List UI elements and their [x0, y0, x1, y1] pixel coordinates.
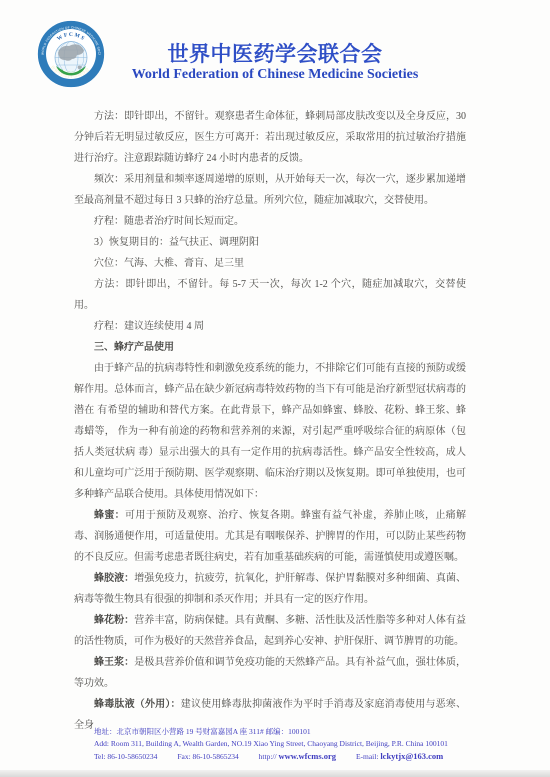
footer-address-zh: 地址：北京市朝阳区小营路 19 号财富嘉园A 座 311# 邮编：100101	[94, 726, 534, 738]
footer-url-prefix: http://	[259, 752, 277, 761]
document-page: WORLD FEDERATION OF CHINESE MEDICINE SOC…	[0, 0, 550, 777]
letterhead: WORLD FEDERATION OF CHINESE MEDICINE SOC…	[0, 0, 550, 104]
paragraph-text: 频次：采用剂量和频率逐周递增的原则，从开始每天一次，每次一穴，逐步累加递增至最高…	[74, 174, 466, 206]
paragraph-acupoints: 穴位：气海、大椎、膏肓、足三里	[74, 253, 466, 274]
footer-address-en: Add: Room 311, Building A, Wealth Garden…	[94, 738, 534, 750]
paragraph-text: 可用于预防及观察、治疗、恢复各期。蜂蜜有益气补虚，养肺止咳，止痛解毒、润肠通便作…	[74, 510, 466, 563]
paragraph-course-1: 疗程：随患者治疗时间长短而定。	[74, 211, 466, 232]
footer-email: lckytjx@163.com	[380, 751, 443, 761]
footer-url: www.wfcms.org	[278, 751, 336, 761]
paragraph-text: 疗程：建议连续使用 4 周	[94, 321, 204, 332]
paragraph-text: 穴位：气海、大椎、膏肓、足三里	[94, 258, 244, 269]
org-name-zh: 世界中医药学会联合会	[0, 38, 550, 68]
paragraph-text: 方法：即针即出，不留针。观察患者生命体征，蜂刺局部皮肤改变以及全身反应，30 分…	[74, 111, 466, 164]
org-name-en: World Federation of Chinese Medicine Soc…	[0, 67, 550, 83]
footer-contact: Tel: 86-10-58650234 Fax: 86-10-5865234 h…	[94, 750, 534, 763]
paragraph-bee-pollen: 蜂花粉：营养丰富，防病保健。具有黄酮、多糖、活性肽及活性脂等多种对人体有益的活性…	[74, 610, 466, 652]
footer-tel: Tel: 86-10-58650234	[94, 752, 157, 761]
paragraph-text: 3）恢复期目的：益气扶正、调理阴阳	[94, 237, 259, 248]
footer: 地址：北京市朝阳区小营路 19 号财富嘉园A 座 311# 邮编：100101 …	[94, 726, 534, 763]
paragraph-honey: 蜂蜜：可用于预防及观察、治疗、恢复各期。蜂蜜有益气补虚，养肺止咳，止痛解毒、润肠…	[74, 505, 466, 568]
paragraph-text: 疗程：随患者治疗时间长短而定。	[94, 216, 244, 227]
document-body: 方法：即针即出，不留针。观察患者生命体征，蜂刺局部皮肤改变以及全身反应，30 分…	[74, 106, 466, 736]
paragraph-recovery-purpose: 3）恢复期目的：益气扶正、调理阴阳	[74, 232, 466, 253]
paragraph-royal-jelly: 蜂王浆：是极具营养价值和调节免疫功能的天然蜂产品。具有补益气血，强壮体质，等功效…	[74, 652, 466, 694]
paragraph-text: 方法：即针即出，不留针。每 5-7 天一次，每次 1-2 个穴，随症加减取穴，交…	[74, 279, 466, 311]
paragraph-method-1: 方法：即针即出，不留针。观察患者生命体征，蜂刺局部皮肤改变以及全身反应，30 分…	[74, 106, 466, 169]
footer-email-label: E-mail:	[356, 752, 379, 761]
footer-fax: Fax: 86-10-5865234	[177, 752, 238, 761]
paragraph-propolis: 蜂胶液：增强免疫力，抗疲劳，抗氧化，护肝解毒、保护胃黏膜对多种细菌、真菌、病毒等…	[74, 568, 466, 610]
section-heading-bee-products: 三、蜂疗产品使用	[74, 337, 466, 358]
paragraph-frequency: 频次：采用剂量和频率逐周递增的原则，从开始每天一次，每次一穴，逐步累加递增至最高…	[74, 169, 466, 211]
paragraph-course-2: 疗程：建议连续使用 4 周	[74, 316, 466, 337]
paragraph-text: 由于蜂产品的抗病毒特性和刺激免疫系统的能力，不排除它们可能有直接的预防或缓解作用…	[74, 363, 466, 500]
paragraph-bee-products-intro: 由于蜂产品的抗病毒特性和刺激免疫系统的能力，不排除它们可能有直接的预防或缓解作用…	[74, 358, 466, 505]
paragraph-method-2: 方法：即针即出，不留针。每 5-7 天一次，每次 1-2 个穴，随症加减取穴，交…	[74, 274, 466, 316]
